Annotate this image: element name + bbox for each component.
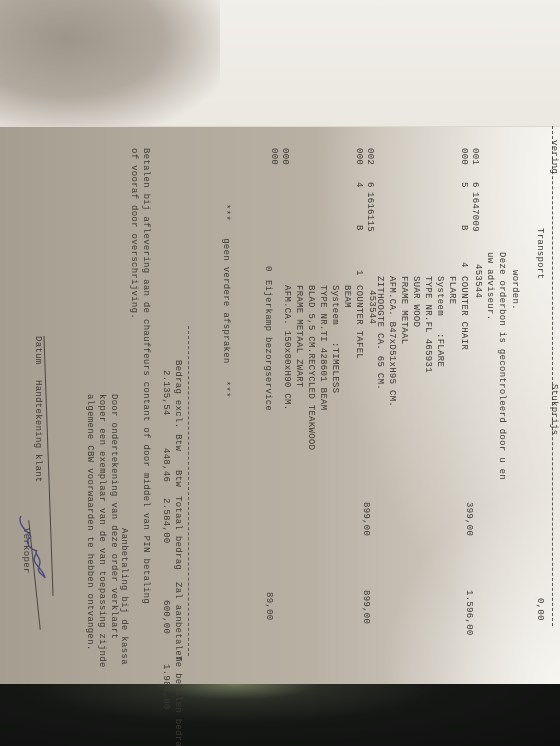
totals-divider [188, 326, 189, 656]
to-pay-value: 1.984,00 [160, 664, 173, 710]
remark-no-further-agreements: *** geen verdere afspraken *** [220, 204, 233, 398]
line-1-code-prefix: 6 [469, 182, 482, 188]
line-1-flag: B [458, 225, 471, 231]
line-2-amount: 899,00 [360, 590, 373, 624]
transport-price: 0,00 [534, 598, 547, 621]
line-3-subnumber: 000 [268, 148, 281, 165]
hand-shadow [0, 0, 220, 130]
terms-line-2: Door ondertekening van deze order verkla… [108, 394, 121, 639]
line-2-group: 4 [353, 182, 366, 188]
line-3-description: Eijerkamp bezorgservice [262, 280, 275, 411]
line-1-unit-price: 399,00 [463, 502, 476, 536]
deposit-label: Zal aanbetalen [172, 582, 185, 662]
btw-label: Btw [172, 470, 185, 487]
line-1-desc-4: SUAR WOOD [410, 276, 423, 327]
seller-signature-icon [15, 512, 51, 582]
date-label: Datum [32, 336, 45, 365]
terms-line-3: koper een exemplaar van de van toepassin… [96, 394, 109, 668]
total-excl-btw-value: 2.135,54 [160, 370, 173, 416]
line-2-flag: B [353, 225, 366, 231]
to-pay-label: Te betalen bedrag [172, 656, 185, 746]
line-2-ref: 453544 [366, 290, 379, 324]
line-2-desc-3: TYPE NR.TI 428601 BEAM [317, 285, 330, 410]
line-2-subnumber: 000 [353, 148, 366, 165]
line-3-number: 000 [279, 148, 292, 165]
total-excl-btw-label: Bedrag excl. Btw [172, 360, 185, 451]
line-1-desc-2: Systeem :FLARE [434, 276, 447, 367]
header-stukprijs-label: Stukprijs [548, 384, 560, 435]
line-2-desc-2: Systeem :TIMELESS [329, 285, 342, 393]
line-3-quantity: 0 [262, 266, 275, 272]
payment-note-line-2: of vooraf door overschrijving. [128, 148, 141, 319]
line-2-desc-0: COUNTER TAFEL [353, 285, 366, 359]
line-2-article-number: 1616115 [364, 192, 377, 232]
line-1-ref: 453544 [472, 264, 485, 298]
btw-value: 448,46 [160, 448, 173, 482]
header-levering-label: vering [548, 140, 560, 174]
line-2-desc-4: BLAD 5,5 CM.RECYCLED TEAKWOOD [305, 285, 318, 450]
total-amount-label: Totaal bedrag [172, 496, 185, 570]
deposit-value: 600,00 [160, 600, 173, 634]
total-amount-value: 2.584,00 [160, 498, 173, 544]
line-1-desc-6: AFM.CA. B47xD51xH95 CM. [386, 276, 399, 407]
transport-label: Transport [534, 228, 547, 279]
terms-line-4: algemene CBW voorwaarden te hebben ontva… [84, 394, 97, 651]
intro-line-1: worden. [509, 270, 522, 310]
line-1-number: 001 [469, 148, 482, 165]
line-1-article-number: 1647009 [469, 192, 482, 232]
header-divider [552, 126, 553, 626]
intro-line-3: uw adviseur. [484, 252, 497, 320]
line-2-number: 002 [364, 148, 377, 165]
line-2-unit-price: 899,00 [360, 502, 373, 536]
line-1-desc-5: FRAME METAAL [398, 276, 411, 344]
line-1-desc-3: TYPE NR.FL 465931 [422, 276, 435, 373]
line-1-subnumber: 000 [458, 148, 471, 165]
line-3-amount: 89,00 [263, 592, 276, 621]
line-2-desc-1: BEAM [341, 285, 354, 308]
line-1-group: 5 [458, 182, 471, 188]
line-2-quantity: 1 [353, 270, 366, 276]
table-surface [0, 684, 560, 746]
intro-line-2: Deze orderbon is gecontroleerd door u en [496, 252, 509, 480]
line-2-desc-5: FRAME METAAL ZWART [293, 285, 306, 388]
line-1-desc-1: FLARE [446, 276, 459, 305]
payment-note-line-1: Betalen bij aflevering aan de chauffeurs… [140, 148, 153, 604]
line-2-desc-6: AFM.CA. 150x80xH90 CM. [281, 285, 294, 410]
line-2-code-prefix: 6 [364, 182, 377, 188]
line-1-amount: 1.596,00 [463, 590, 476, 636]
line-1-quantity: 4 [458, 262, 471, 268]
line-1-desc-0: COUNTER CHAIR [458, 276, 471, 350]
customer-signature-label: Handtekening klant [32, 380, 45, 483]
